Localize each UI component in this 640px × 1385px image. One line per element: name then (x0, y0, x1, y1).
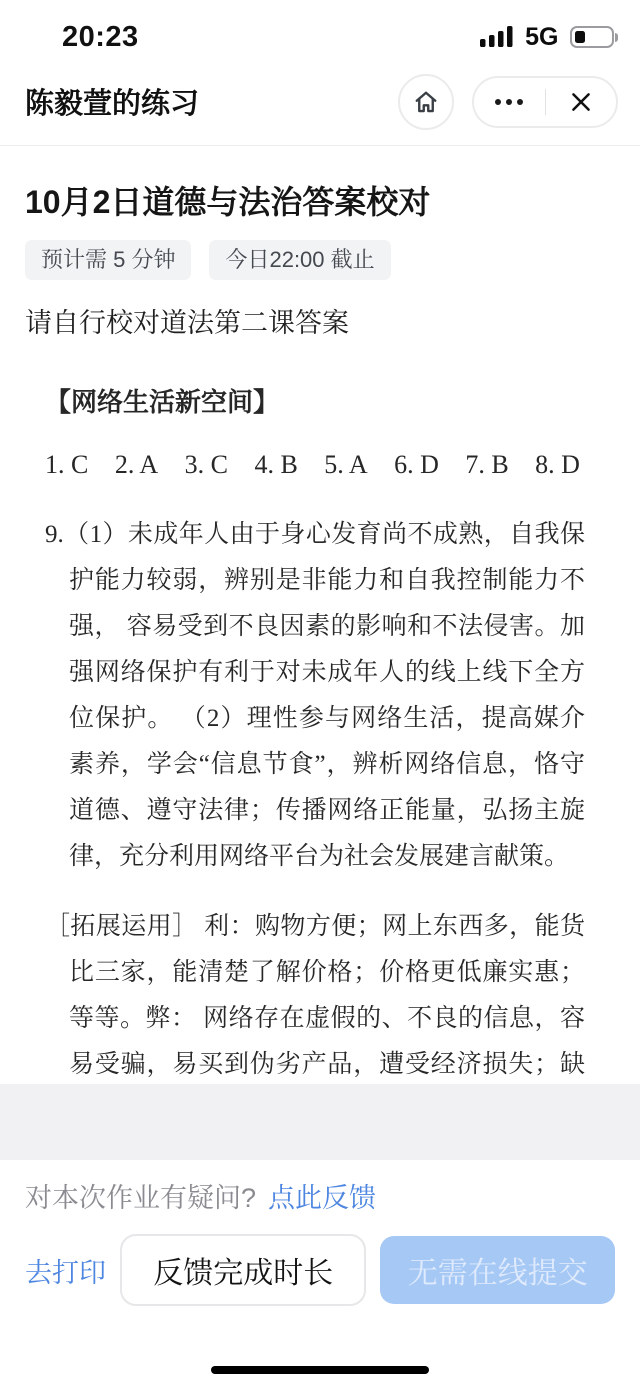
answer-sheet: 【网络生活新空间】 1. C 2. A 3. C 4. B 5. A 6. D … (45, 380, 585, 1084)
bottom-action-bar: 对本次作业有疑问?点此反馈 去打印 反馈完成时长 无需在线提交 (0, 1160, 640, 1385)
choice-answers-row: 1. C 2. A 3. C 4. B 5. A 6. D 7. B 8. D (45, 442, 580, 488)
status-bar: 20:23 5G (0, 0, 640, 68)
page-title: 陈毅萱的练习 (25, 81, 199, 122)
signal-strength-icon (480, 26, 514, 48)
duration-badge: 预计需 5 分钟 (25, 240, 191, 280)
assignment-title: 10月2日道德与法治答案校对 (25, 180, 615, 224)
print-link[interactable]: 去打印 (25, 1251, 106, 1290)
close-button[interactable] (546, 78, 617, 126)
answer-section-title: 【网络生活新空间】 (45, 380, 585, 426)
more-menu-button[interactable] (474, 78, 545, 126)
choice-answer: 4. B (254, 442, 297, 488)
home-icon (411, 87, 441, 117)
section-separator (0, 1084, 640, 1160)
choice-answer: 5. A (324, 442, 367, 488)
choice-answer: 3. C (185, 442, 228, 488)
answer-paragraph-expand: ［拓展运用］ 利：购物方便；网上东西多，能货比三家，能清楚了解价格；价格更低廉实… (45, 904, 585, 1084)
badge-row: 预计需 5 分钟 今日22:00 截止 (25, 240, 615, 280)
app-header: 陈毅萱的练习 (0, 68, 640, 146)
ellipsis-icon (495, 99, 523, 105)
battery-icon (570, 26, 619, 48)
clock: 20:23 (62, 21, 139, 54)
choice-answer: 8. D (535, 442, 580, 488)
choice-answer: 2. A (115, 442, 158, 488)
report-duration-button[interactable]: 反馈完成时长 (120, 1234, 366, 1306)
assignment-card: 10月2日道德与法治答案校对 预计需 5 分钟 今日22:00 截止 请自行校对… (0, 146, 640, 1084)
close-icon (568, 89, 594, 115)
feedback-link[interactable]: 点此反馈 (268, 1183, 376, 1213)
answer-paragraph-9: 9.（1）未成年人由于身心发育尚不成熟，自我保护能力较弱，辨别是非能力和自我控制… (45, 512, 585, 880)
choice-answer: 1. C (45, 442, 88, 488)
choice-answer: 6. D (394, 442, 439, 488)
submit-button-disabled[interactable]: 无需在线提交 (380, 1236, 615, 1304)
deadline-badge: 今日22:00 截止 (209, 240, 390, 280)
feedback-question-text: 对本次作业有疑问? (25, 1183, 256, 1213)
choice-answer: 7. B (465, 442, 508, 488)
miniprogram-capsule (472, 76, 618, 128)
network-type-label: 5G (525, 23, 558, 52)
assignment-instruction: 请自行校对道法第二课答案 (25, 304, 615, 342)
home-indicator[interactable] (211, 1366, 429, 1374)
home-button[interactable] (398, 74, 454, 130)
